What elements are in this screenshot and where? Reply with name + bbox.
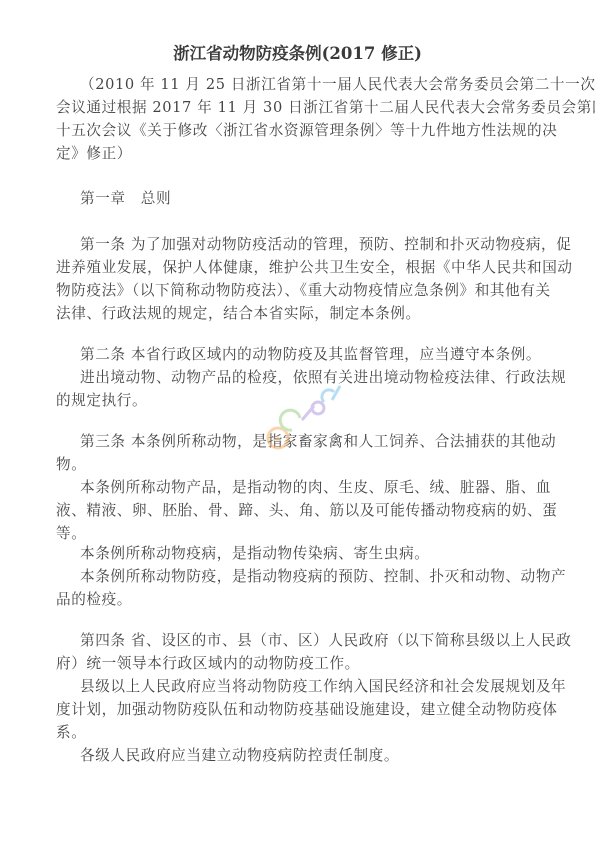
article-3-line: 品的检疫。 xyxy=(56,591,132,609)
article-2-line: 的规定执行。 xyxy=(56,392,147,410)
preamble-line: 十五次会议《关于修改〈浙江省水资源管理条例〉等十九件地方性法规的决 xyxy=(56,122,557,140)
article-2-line: 进出境动物、动物产品的检疫，依照有关进出境动物检疫法律、行政法规 xyxy=(80,369,566,387)
article-3-line: 第三条 本条例所称动物，是指家畜家禽和人工饲养、合法捕获的其他动 xyxy=(80,433,556,451)
article-1-line: 进养殖业发展，保护人体健康，维护公共卫生安全，根据《中华人民共和国动 xyxy=(56,259,573,277)
article-4-line: 县级以上人民政府应当将动物防疫工作纳入国民经济和社会发展规划及年 xyxy=(80,678,566,696)
chapter-heading: 第一章 总则 xyxy=(80,190,171,208)
article-3-line: 物。 xyxy=(56,456,86,474)
preamble-line: （2010 年 11 月 25 日浙江省第十一届人民代表大会常务委员会第二十一次 xyxy=(80,76,595,94)
article-3-line: 等。 xyxy=(56,525,86,543)
article-4-line: 各级人民政府应当建立动物疫病防控责任制度。 xyxy=(80,747,399,765)
document-title: 浙江省动物防疫条例(2017 修正) xyxy=(0,40,595,64)
document-page: 浙江省动物防疫条例(2017 修正) （2010 年 11 月 25 日浙江省第… xyxy=(0,0,595,841)
article-2-line: 第二条 本省行政区域内的动物防疫及其监督管理，应当遵守本条例。 xyxy=(80,346,541,364)
article-4-line: 府）统一领导本行政区域内的动物防疫工作。 xyxy=(56,655,360,673)
article-3-line: 液、精液、卵、胚胎、骨、蹄、头、角、筋以及可能传播动物疫病的奶、蛋 xyxy=(56,502,557,520)
article-3-line: 本条例所称动物产品，是指动物的肉、生皮、原毛、绒、脏器、脂、血 xyxy=(80,479,551,497)
preamble-line: 会议通过根据 2017 年 11 月 30 日浙江省第十二届人民代表大会常务委员… xyxy=(56,99,595,117)
article-3-line: 本条例所称动物防疫，是指动物疫病的预防、控制、扑灭和动物、动物产 xyxy=(80,568,566,586)
article-4-line: 度计划，加强动物防疫队伍和动物防疫基础设施建设，建立健全动物防疫体 xyxy=(56,701,557,719)
article-4-line: 系。 xyxy=(56,724,86,742)
article-1-line: 第一条 为了加强对动物防疫活动的管理，预防、控制和扑灭动物疫病，促 xyxy=(80,236,571,254)
article-1-line: 物防疫法》（以下简称动物防疫法）、《重大动物疫情应急条例》和其他有关 xyxy=(56,282,551,300)
article-1-line: 法律、行政法规的规定，结合本省实际，制定本条例。 xyxy=(56,305,421,323)
preamble-line: 定》修正） xyxy=(56,145,132,163)
article-3-line: 本条例所称动物疫病，是指动物传染病、寄生虫病。 xyxy=(80,545,429,563)
article-4-line: 第四条 省、设区的市、县（市、区）人民政府（以下简称县级以上人民政 xyxy=(80,632,571,650)
